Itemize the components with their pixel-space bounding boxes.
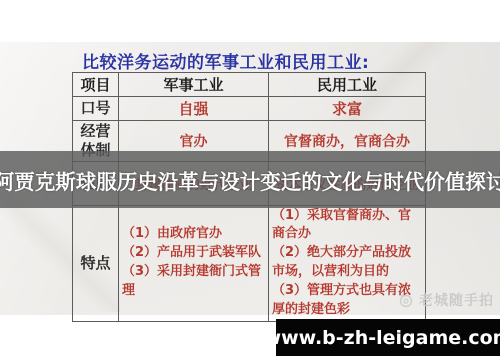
header-military: 军事工业 [119,73,269,97]
header-item: 项目 [73,73,119,97]
headline-overlay: 阿贾克斯球服历史沿革与设计变迁的文化与时代价值探讨 [0,151,500,208]
slide-title: 比较洋务运动的军事工业和民用工业: [82,48,369,73]
table-header-row: 项目 军事工业 民用工业 [73,73,426,97]
row-label: 特点 [73,205,119,321]
page: 比较洋务运动的军事工业和民用工业: 项目 军事工业 民用工业 口号 自强 求富 … [0,0,500,362]
cell-civilian-slogan: 求富 [269,97,426,121]
url-bar: www.b-zh-leigame.com [276,319,500,356]
url-text: www.b-zh-leigame.com [264,327,500,349]
row-label: 口号 [73,97,119,121]
header-civilian: 民用工业 [269,73,426,97]
headline-text: 阿贾克斯球服历史沿革与设计变迁的文化与时代价值探讨 [0,165,500,195]
watermark-text: 老城随手拍 [419,290,494,310]
photographer-watermark: 老城随手拍 [398,290,494,310]
table-row-feature: 特点 （1）由政府官办 （2）产品用于武装军队 （3）采用封建衙门式管理 （1）… [73,205,426,321]
table-row-slogan: 口号 自强 求富 [73,97,426,121]
camera-icon [398,293,415,308]
cell-military-slogan: 自强 [119,97,269,121]
cell-military-feature: （1）由政府官办 （2）产品用于武装军队 （3）采用封建衙门式管理 [119,205,269,321]
